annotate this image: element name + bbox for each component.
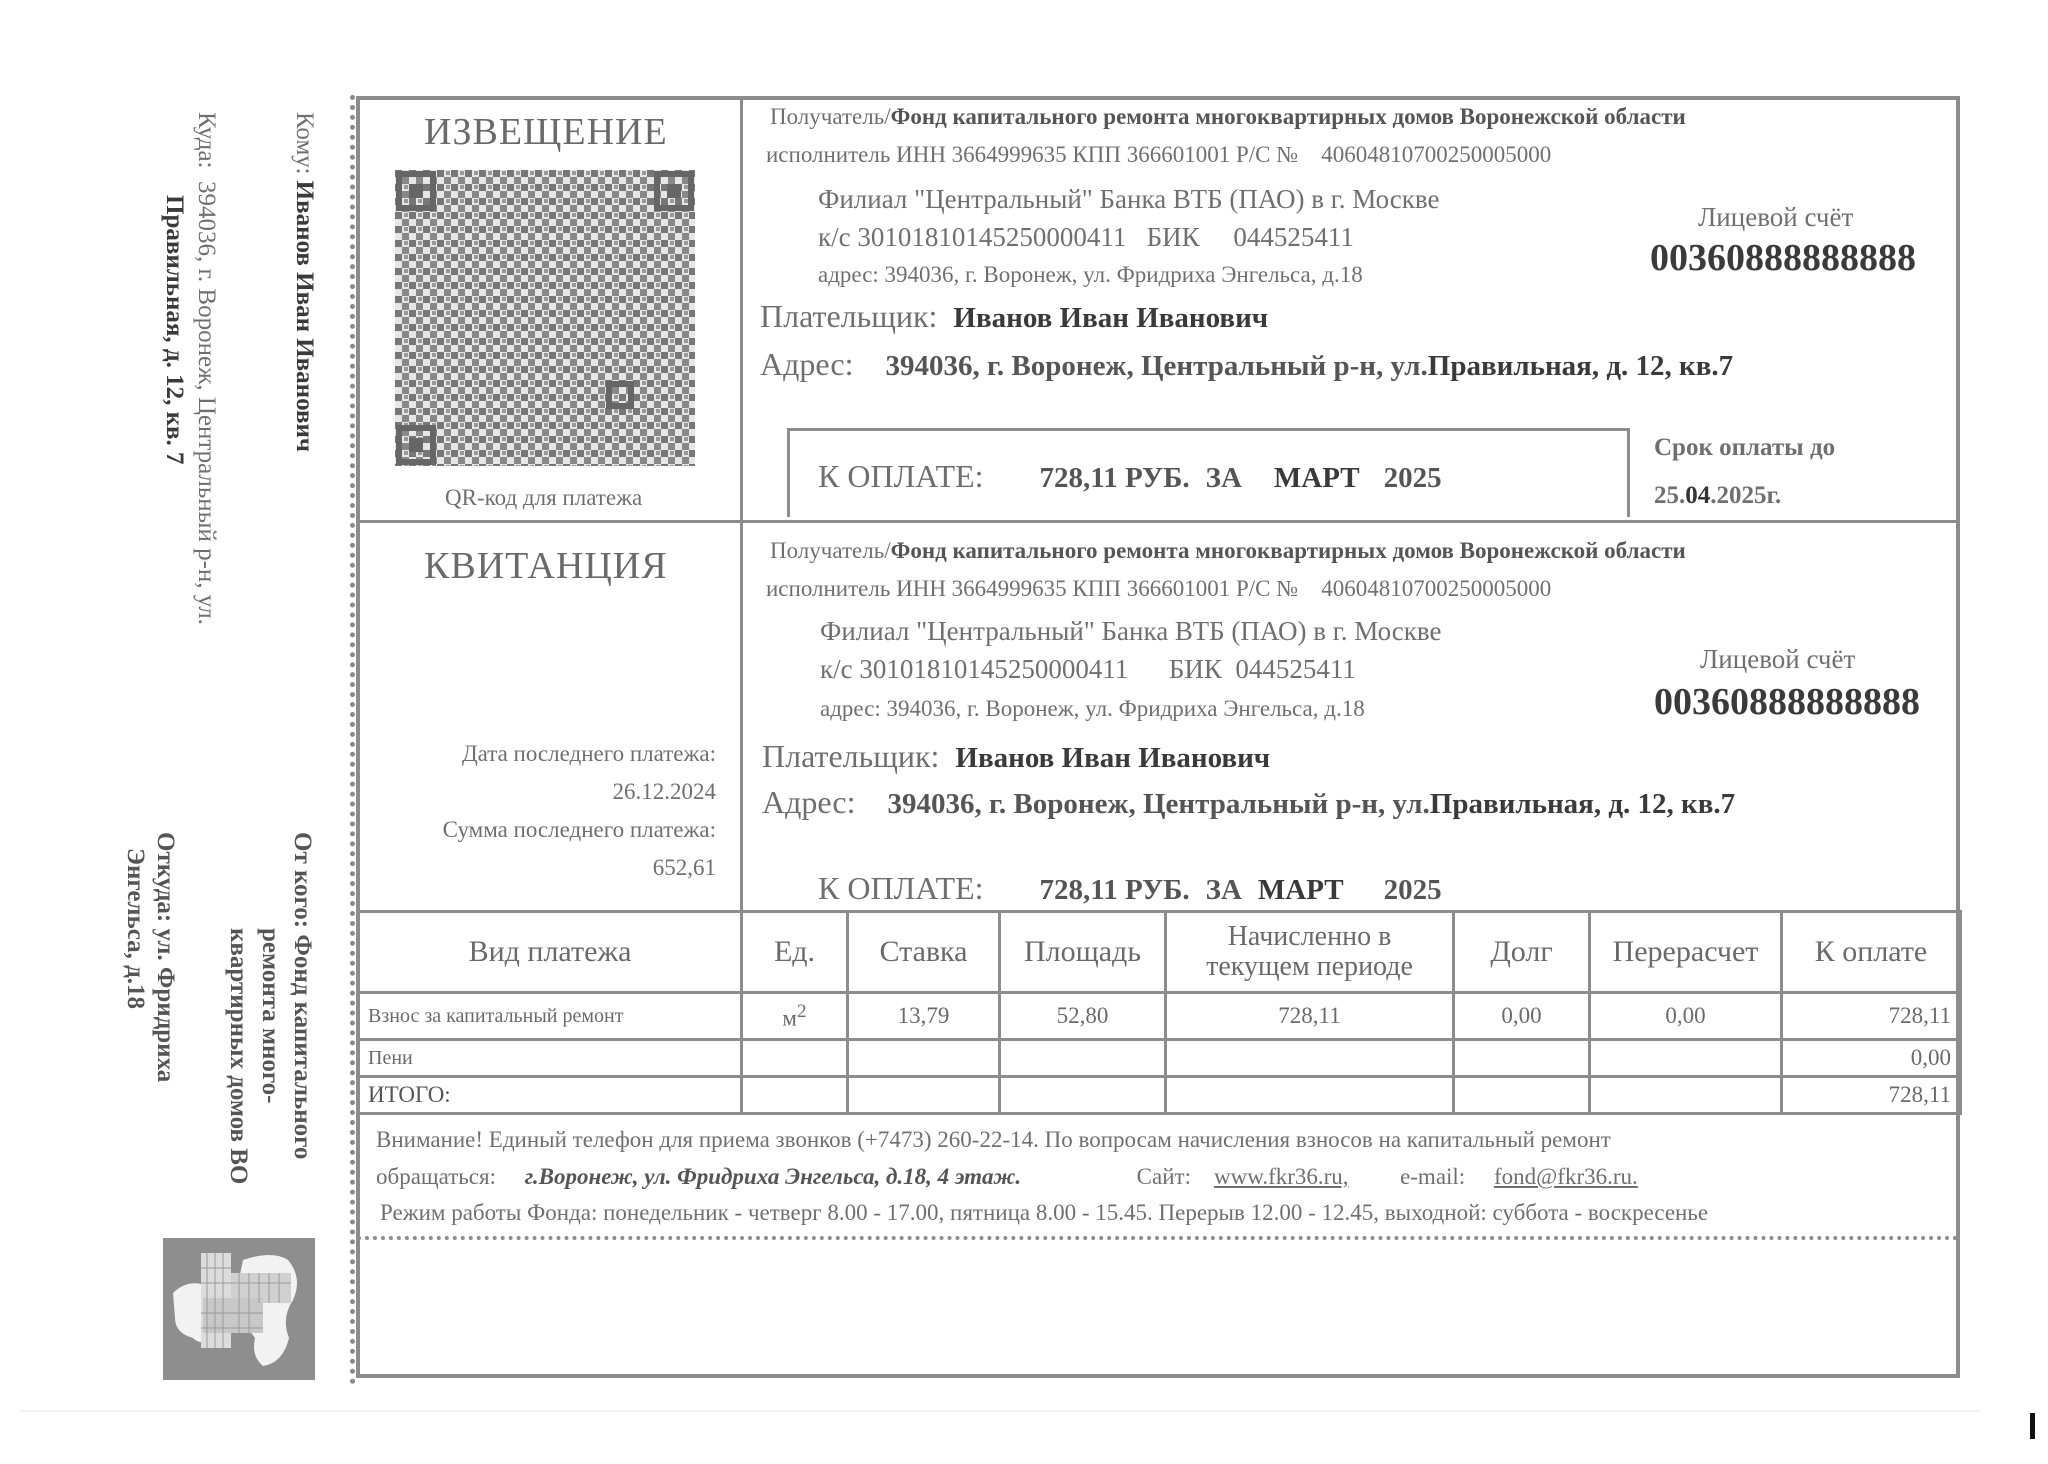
notice-executor: исполнитель ИНН 3664999635 КПП 366601001… bbox=[766, 142, 1551, 168]
cell-recalc bbox=[1590, 1077, 1782, 1114]
notice-personal-account: 00360888888888 bbox=[1650, 236, 1916, 280]
bik-label: БИК bbox=[1147, 222, 1200, 252]
due-date-month: 04 bbox=[1685, 482, 1710, 509]
cell-rate bbox=[848, 1077, 1000, 1114]
ks-line: к/с 30101810145250000411 bbox=[818, 222, 1126, 252]
cell-type: Пени bbox=[359, 1040, 742, 1077]
addr-label: Адрес: bbox=[762, 784, 855, 820]
sidebar-to: Кому: Иванов Иван Иванович bbox=[290, 112, 318, 452]
cell-to-pay: 728,11 bbox=[1782, 993, 1961, 1040]
due-date-day: 25. bbox=[1654, 482, 1685, 509]
account-rs: 40604810700250005000 bbox=[1321, 576, 1551, 601]
cell-recalc: 0,00 bbox=[1590, 993, 1782, 1040]
footer-contact-line: обращаться: г.Воронеж, ул. Фридриха Энге… bbox=[376, 1164, 1638, 1190]
table-header-row: Вид платежа Ед. Ставка Площадь Начисленн… bbox=[359, 912, 1961, 993]
bik-label: БИК bbox=[1169, 654, 1222, 684]
payer-label: Плательщик: bbox=[760, 298, 937, 334]
receipt-personal-account: 00360888888888 bbox=[1654, 680, 1920, 724]
notice-payer: Плательщик: Иванов Иван Иванович bbox=[760, 298, 1268, 335]
year: 2025 bbox=[1384, 874, 1442, 906]
site-label: Сайт: bbox=[1137, 1164, 1191, 1189]
recipient-name: Фонд капитального ремонта многоквартирны… bbox=[891, 104, 1686, 129]
fund-logo-icon bbox=[163, 1238, 315, 1380]
year: 2025 bbox=[1384, 462, 1442, 494]
last-payment-sum-label: Сумма последнего платежа: bbox=[380, 811, 716, 849]
where-line2: Правильная, д. 12, кв. 7 bbox=[160, 195, 188, 464]
cell-debt: 0,00 bbox=[1454, 993, 1590, 1040]
where-line1: 394036, г. Воронеж, Центральный р-н, ул. bbox=[193, 181, 220, 625]
payer-label: Плательщик: bbox=[762, 738, 939, 774]
cell-rate bbox=[848, 1040, 1000, 1077]
notice-bank: Филиал "Центральный" Банка ВТБ (ПАО) в г… bbox=[818, 184, 1439, 215]
to-name: Иванов Иван Иванович bbox=[291, 181, 318, 452]
sidebar-from-where: Откуда: ул. Фридриха Энгельса, д.18 bbox=[120, 832, 180, 1082]
recipient-label: Получатель/ bbox=[770, 538, 891, 563]
col-header-area: Площадь bbox=[1000, 912, 1166, 993]
due-label: Срок оплаты до bbox=[1654, 434, 1835, 462]
col-header-accrued: Начисленно в текущем периоде bbox=[1166, 912, 1454, 993]
last-payment-date: 26.12.2024 bbox=[380, 773, 716, 811]
from-where-line-1: ул. Фридриха bbox=[152, 928, 179, 1082]
cell-unit bbox=[742, 1040, 848, 1077]
last-payment-block: Дата последнего платежа: 26.12.2024 Сумм… bbox=[380, 735, 716, 887]
notice-personal-account-label: Лицевой счёт bbox=[1698, 202, 1853, 233]
payer-name: Иванов Иван Иванович bbox=[955, 742, 1270, 774]
receipt-ks: к/с 30101810145250000411 БИК 044525411 bbox=[820, 654, 1356, 685]
notice-to-pay: К ОПЛАТЕ: 728,11 РУБ. ЗА МАРТ 2025 bbox=[818, 458, 1442, 495]
charges-table: Вид платежа Ед. Ставка Площадь Начисленн… bbox=[357, 910, 1962, 1115]
cell-type: ИТОГО: bbox=[359, 1077, 742, 1114]
col-header-unit: Ед. bbox=[742, 912, 848, 993]
table-row: Пени 0,00 bbox=[359, 1040, 1961, 1077]
email-link[interactable]: fond@fkr36.ru. bbox=[1494, 1164, 1638, 1189]
scan-edge-line bbox=[20, 1410, 1980, 1412]
col-header-recalc: Перерасчет bbox=[1590, 912, 1782, 993]
notice-address-line: Адрес: 394036, г. Воронеж, Центральный р… bbox=[760, 346, 1733, 383]
receipt-to-pay: К ОПЛАТЕ: 728,11 РУБ. ЗА МАРТ 2025 bbox=[818, 870, 1442, 907]
table-row-total: ИТОГО: 728,11 bbox=[359, 1077, 1961, 1114]
last-payment-date-label: Дата последнего платежа: bbox=[380, 735, 716, 773]
receipt-address: адрес: 394036, г. Воронеж, ул. Фридриха … bbox=[820, 696, 1365, 722]
from-label: От кого: bbox=[289, 832, 316, 928]
executor-line: исполнитель ИНН 3664999635 КПП 366601001… bbox=[766, 576, 1298, 601]
site-link[interactable]: www.fkr36.ru, bbox=[1214, 1164, 1349, 1189]
email-label: e-mail: bbox=[1400, 1164, 1465, 1189]
last-payment-sum: 652,61 bbox=[380, 849, 716, 887]
perforation-line bbox=[350, 95, 355, 1385]
month: МАРТ bbox=[1274, 462, 1360, 494]
recipient-name: Фонд капитального ремонта многоквартирны… bbox=[891, 538, 1686, 563]
cell-area: 52,80 bbox=[1000, 993, 1166, 1040]
cell-debt bbox=[1454, 1040, 1590, 1077]
from-line-3: квартирных домов ВО bbox=[222, 832, 254, 1184]
receipt-executor: исполнитель ИНН 3664999635 КПП 366601001… bbox=[766, 576, 1551, 602]
notice-ks: к/с 30101810145250000411 БИК 044525411 bbox=[818, 222, 1354, 253]
qr-caption: QR-код для платежа bbox=[445, 485, 642, 511]
to-pay-amount: 728,11 РУБ. bbox=[1040, 874, 1190, 906]
receipt-address-line: Адрес: 394036, г. Воронеж, Центральный р… bbox=[762, 784, 1735, 821]
payer-name: Иванов Иван Иванович bbox=[953, 302, 1268, 334]
cell-rate: 13,79 bbox=[848, 993, 1000, 1040]
cell-accrued bbox=[1166, 1077, 1454, 1114]
contact-address: г.Воронеж, ул. Фридриха Энгельса, д.18, … bbox=[525, 1164, 1021, 1189]
executor-line: исполнитель ИНН 3664999635 КПП 366601001… bbox=[766, 142, 1298, 167]
addr-part2: Правильная, д. 12, кв.7 bbox=[1428, 350, 1733, 382]
cell-to-pay: 728,11 bbox=[1782, 1077, 1961, 1114]
footer-phone-line: Внимание! Единый телефон для приема звон… bbox=[376, 1127, 1611, 1153]
cell-type: Взнос за капитальный ремонт bbox=[359, 993, 742, 1040]
to-pay-label: К ОПЛАТЕ: bbox=[818, 870, 984, 906]
from-where-line-2: Энгельса, д.18 bbox=[120, 832, 150, 1082]
cell-debt bbox=[1454, 1077, 1590, 1114]
col-header-debt: Долг bbox=[1454, 912, 1590, 993]
contact-label: обращаться: bbox=[376, 1164, 496, 1189]
addr-part2: Правильная, д. 12, кв.7 bbox=[1430, 788, 1735, 820]
recipient-label: Получатель/ bbox=[770, 104, 891, 129]
account-rs: 40604810700250005000 bbox=[1321, 142, 1551, 167]
cell-unit: м2 bbox=[742, 993, 848, 1040]
notice-recipient: Получатель/Фонд капитального ремонта мно… bbox=[770, 104, 1686, 130]
cell-recalc bbox=[1590, 1040, 1782, 1077]
cell-area bbox=[1000, 1040, 1166, 1077]
to-label: Кому: bbox=[291, 112, 318, 174]
addr-label: Адрес: bbox=[760, 346, 853, 382]
bik-value: 044525411 bbox=[1233, 222, 1354, 252]
receipt-bank: Филиал "Центральный" Банка ВТБ (ПАО) в г… bbox=[820, 616, 1441, 647]
to-pay-label: К ОПЛАТЕ: bbox=[818, 458, 984, 494]
footer-hours: Режим работы Фонда: понедельник - четвер… bbox=[380, 1200, 1708, 1226]
cell-accrued: 728,11 bbox=[1166, 993, 1454, 1040]
addr-part1: 394036, г. Воронеж, Центральный р-н, ул. bbox=[885, 350, 1427, 382]
month: МАРТ bbox=[1258, 874, 1344, 906]
qr-code-icon bbox=[395, 170, 695, 466]
bik-value: 044525411 bbox=[1235, 654, 1356, 684]
where-label: Куда: bbox=[193, 112, 220, 168]
from-line-1: Фонд капитального bbox=[289, 934, 316, 1159]
cell-accrued bbox=[1166, 1040, 1454, 1077]
addr-part1: 394036, г. Воронеж, Центральный р-н, ул. bbox=[887, 788, 1429, 820]
receipt-recipient: Получатель/Фонд капитального ремонта мно… bbox=[770, 538, 1686, 564]
receipt-title: КВИТАНЦИЯ bbox=[424, 544, 668, 588]
col-header-type: Вид платежа bbox=[359, 912, 742, 993]
divider-notice-receipt bbox=[357, 520, 1959, 523]
due-date-year: .2025г. bbox=[1710, 482, 1781, 509]
receipt-payer: Плательщик: Иванов Иван Иванович bbox=[762, 738, 1270, 775]
cell-to-pay: 0,00 bbox=[1782, 1040, 1961, 1077]
sidebar-from: От кого: Фонд капитального ремонта много… bbox=[222, 832, 318, 1184]
ks-line: к/с 30101810145250000411 bbox=[820, 654, 1128, 684]
table-row: Взнос за капитальный ремонт м2 13,79 52,… bbox=[359, 993, 1961, 1040]
scan-mark bbox=[2030, 1413, 2035, 1439]
col-header-rate: Ставка bbox=[848, 912, 1000, 993]
notice-title: ИЗВЕЩЕНИЕ bbox=[424, 110, 668, 154]
cut-line-bottom bbox=[357, 1236, 1959, 1240]
for-label: ЗА bbox=[1206, 874, 1242, 906]
for-label: ЗА bbox=[1206, 462, 1242, 494]
sidebar-where: Куда: 394036, г. Воронеж, Центральный р-… bbox=[192, 112, 220, 625]
from-where-label: Откуда: bbox=[152, 832, 179, 922]
due-date: 25.04.2025г. bbox=[1654, 482, 1781, 510]
notice-address: адрес: 394036, г. Воронеж, ул. Фридриха … bbox=[818, 262, 1363, 288]
receipt-personal-account-label: Лицевой счёт bbox=[1700, 644, 1855, 675]
col-header-to-pay: К оплате bbox=[1782, 912, 1961, 993]
cell-area bbox=[1000, 1077, 1166, 1114]
to-pay-amount: 728,11 РУБ. bbox=[1040, 462, 1190, 494]
from-line-2: ремонта много- bbox=[254, 832, 286, 1184]
cell-unit bbox=[742, 1077, 848, 1114]
